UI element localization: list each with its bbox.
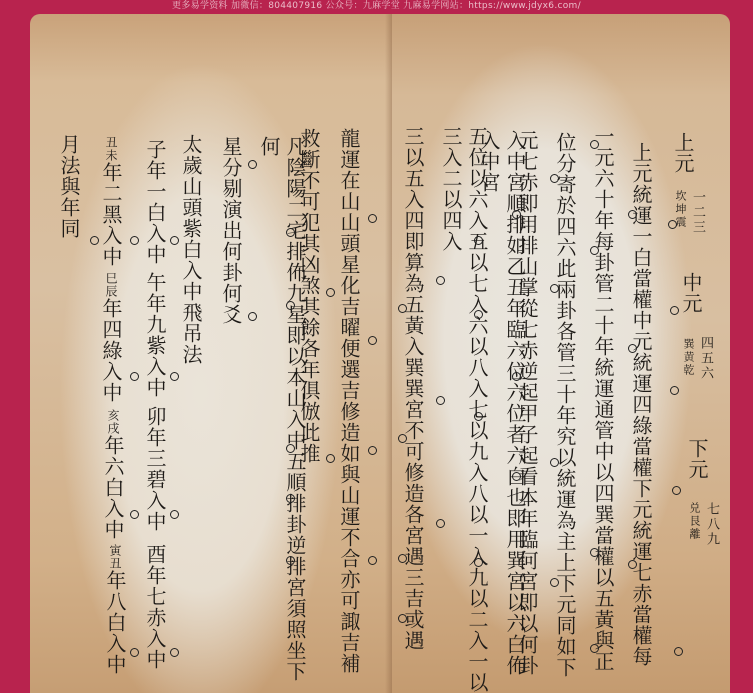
year-label: 亥戌: [106, 409, 120, 435]
middle-cycle-label: 中元: [678, 272, 704, 314]
punctuation-circle: [670, 306, 679, 315]
star-value: 九紫入中: [143, 314, 167, 398]
punctuation-circle: [436, 396, 445, 405]
year-entry-zi: 子年一白入中: [142, 139, 168, 265]
punctuation-circle: [286, 556, 295, 565]
punctuation-circle: [368, 446, 377, 455]
punctuation-circle: [286, 494, 295, 503]
star-value: 三碧入中: [143, 448, 167, 532]
middle-cycle-trigrams: 巽黄乾: [682, 338, 695, 377]
punctuation-circle: [672, 486, 681, 495]
punctuation-circle: [368, 556, 377, 565]
punctuation-circle: [170, 510, 179, 519]
year-suffix: 年: [99, 162, 123, 183]
punctuation-circle: [670, 386, 679, 395]
punctuation-circle: [286, 228, 295, 237]
punctuation-circle: [130, 510, 139, 519]
upper-cycle-label: 上元: [670, 132, 696, 174]
punctuation-circle: [550, 578, 559, 587]
lower-cycle-label: 下元: [684, 438, 710, 480]
text-column: 位分寄於四六此兩卦各管三十年究以統運為主上下元同如下: [552, 132, 578, 678]
text-column: 三以五入四即算為五黃入巽巽宮不可修造各宮遇三吉或遇: [400, 126, 426, 651]
lower-cycle-trigrams: 兑艮離: [688, 502, 701, 541]
text-column: 一元六十年每卦管二十年統運通管中以四巽當權以五黃與正: [590, 126, 616, 672]
punctuation-circle: [248, 160, 257, 169]
year-label: 丑未: [104, 136, 118, 162]
year-suffix: 年: [101, 435, 125, 456]
section-heading-flying-star: 太歲山頭紫白入中飛吊法: [178, 134, 204, 365]
year-suffix: 年: [103, 570, 127, 591]
year-entry-yin: 寅丑年八白入中: [102, 544, 128, 675]
month-rule-column: 月法與年同: [56, 134, 82, 239]
punctuation-circle: [512, 372, 521, 381]
punctuation-circle: [368, 336, 377, 345]
star-value: 八白入中: [103, 591, 127, 675]
year-label: 酉年: [143, 544, 167, 586]
punctuation-circle: [474, 236, 483, 245]
lower-cycle-numbers: 七八九: [704, 502, 719, 547]
star-value: 七赤入中: [143, 586, 167, 670]
star-value: 二黑入中: [99, 183, 123, 267]
punctuation-circle: [398, 304, 407, 313]
punctuation-circle: [436, 276, 445, 285]
punctuation-circle: [368, 214, 377, 223]
star-value: 六白入中: [101, 456, 125, 540]
punctuation-circle: [590, 548, 599, 557]
punctuation-circle: [550, 174, 559, 183]
text-column: 星分剔演出何卦何爻: [218, 136, 244, 325]
punctuation-circle: [512, 210, 521, 219]
year-label: 午年: [143, 272, 167, 314]
upper-cycle-numbers: 一二三: [690, 190, 705, 235]
punctuation-circle: [474, 558, 483, 567]
punctuation-circle: [668, 220, 677, 229]
punctuation-circle: [248, 312, 257, 321]
punctuation-circle: [590, 644, 599, 653]
punctuation-circle: [674, 647, 683, 656]
watermark-text: 更多易学资料 加微信：804407916 公众号：九麻学堂 九麻易学网站：htt…: [0, 0, 753, 14]
punctuation-circle: [628, 344, 637, 353]
punctuation-circle: [130, 648, 139, 657]
punctuation-circle: [170, 236, 179, 245]
punctuation-circle: [398, 554, 407, 563]
punctuation-circle: [398, 434, 407, 443]
text-column: 龍運在山山頭星化吉曜便選吉修造如與山運不合亦可諏吉補: [336, 128, 362, 674]
punctuation-circle: [512, 472, 521, 481]
punctuation-circle: [170, 648, 179, 657]
punctuation-circle: [590, 246, 599, 255]
punctuation-circle: [436, 519, 445, 528]
star-value: 四綠入中: [99, 319, 123, 403]
open-book: 月法與年同 丑未年二黑入中 巳辰年四綠入中 亥戌年六白入中 寅丑年八白入中 子年…: [30, 14, 730, 693]
middle-cycle-numbers: 四五六: [698, 336, 713, 381]
year-label: 寅丑: [108, 544, 122, 570]
punctuation-circle: [326, 454, 335, 463]
left-page: 月法與年同 丑未年二黑入中 巳辰年四綠入中 亥戌年六白入中 寅丑年八白入中 子年…: [30, 14, 392, 693]
punctuation-circle: [170, 372, 179, 381]
punctuation-circle: [398, 614, 407, 623]
star-value: 一白入中: [143, 181, 167, 265]
year-label: 卯年: [143, 406, 167, 448]
text-column: 救斷不可犯其凶煞其餘各年俱倣此推: [296, 128, 322, 464]
right-page: 三以五入四即算為五黃入巽巽宮不可修造各宮遇三吉或遇 五位以六入五以七入六以八入七…: [392, 14, 730, 693]
year-entry-hai: 亥戌年六白入中: [100, 409, 126, 540]
punctuation-circle: [590, 140, 599, 149]
punctuation-circle: [130, 372, 139, 381]
year-entry-chou: 丑未年二黑入中: [98, 136, 124, 267]
year-entry-you: 酉年七赤入中: [142, 544, 168, 670]
text-column: 上元統運一白當權中元統運四綠當權下元統運七赤當權每: [628, 142, 654, 667]
year-entry-mao: 卯年三碧入中: [142, 406, 168, 532]
punctuation-circle: [326, 288, 335, 297]
punctuation-circle: [286, 444, 295, 453]
year-label: 子年: [143, 139, 167, 181]
punctuation-circle: [130, 236, 139, 245]
year-suffix: 年: [99, 298, 123, 319]
punctuation-circle: [474, 412, 483, 421]
punctuation-circle: [628, 560, 637, 569]
punctuation-circle: [550, 458, 559, 467]
year-entry-si: 巳辰年四綠入中: [98, 272, 124, 403]
punctuation-circle: [286, 301, 295, 310]
punctuation-circle: [550, 284, 559, 293]
punctuation-circle: [90, 236, 99, 245]
punctuation-circle: [628, 210, 637, 219]
year-label: 巳辰: [104, 272, 118, 298]
punctuation-circle: [474, 310, 483, 319]
year-entry-wu: 午年九紫入中: [142, 272, 168, 398]
